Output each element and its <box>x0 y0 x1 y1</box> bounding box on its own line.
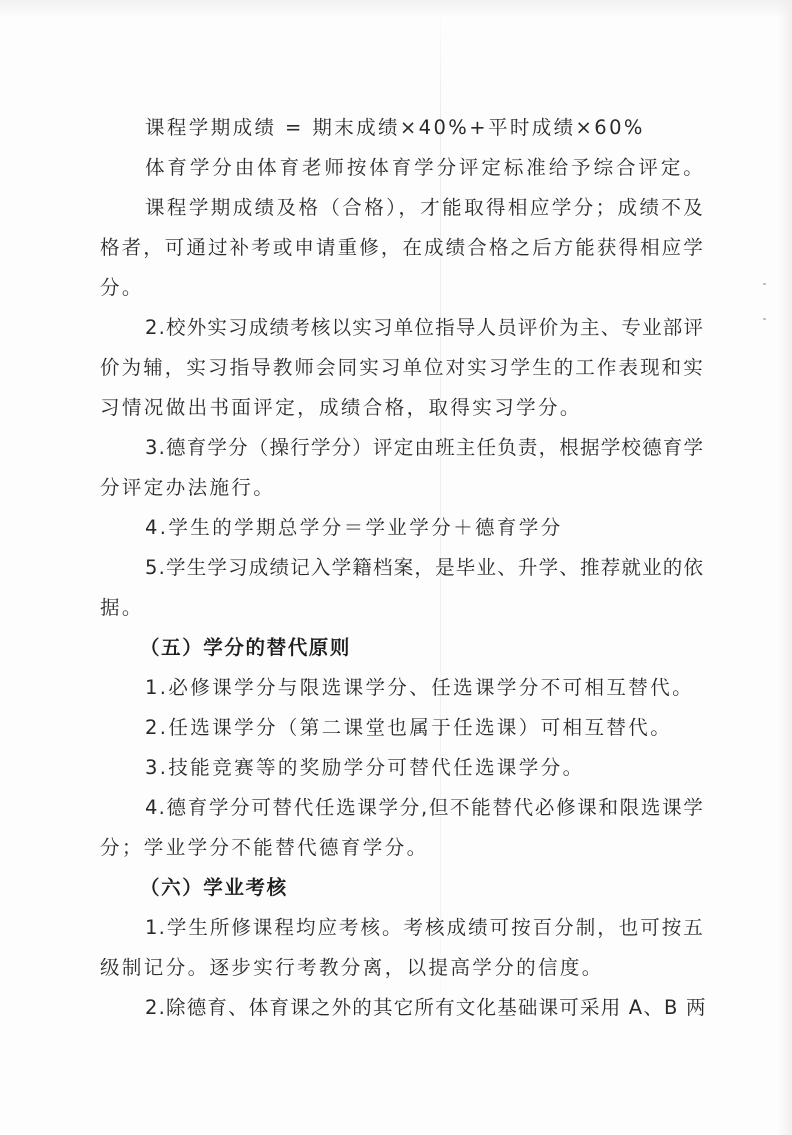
text-line: 3.德育学分（操行学分）评定由班主任负责，根据学校德育学 <box>145 428 704 468</box>
section-heading-5: （五）学分的替代原则 <box>140 628 351 668</box>
scan-speck <box>763 283 766 285</box>
text-line: 3.技能竞赛等的奖励学分可替代任选课学分。 <box>145 748 585 788</box>
text-line: 2.校外实习成绩考核以实习单位指导人员评价为主、专业部评 <box>145 308 704 348</box>
text-line: 分；学业学分不能替代德育学分。 <box>100 828 429 868</box>
text-line: 1.学生所修课程均应考核。考核成绩可按百分制，也可按五 <box>145 908 704 948</box>
scan-speck <box>763 318 766 320</box>
text-line: 据。 <box>100 588 144 628</box>
section-heading-6: （六）学业考核 <box>140 868 288 908</box>
text-line: 2.任选课学分（第二课堂也属于任选课）可相互替代。 <box>145 708 672 748</box>
scan-top-shadow <box>0 0 792 18</box>
text-line: 5.学生学习成绩记入学籍档案，是毕业、升学、推荐就业的依 <box>145 548 704 588</box>
text-line: 4.德育学分可替代任选课学分,但不能替代必修课和限选课学 <box>145 788 704 828</box>
text-line: 格者，可通过补考或申请重修，在成绩合格之后方能获得相应学 <box>100 228 704 268</box>
text-line: 2.除德育、体育课之外的其它所有文化基础课可采用 A、B 两 <box>145 988 704 1028</box>
document-page: 课程学期成绩 = 期末成绩×40%+平时成绩×60% 体育学分由体育老师按体育学… <box>0 0 792 1135</box>
text-line: 课程学期成绩 = 期末成绩×40%+平时成绩×60% <box>145 108 645 148</box>
scan-right-edge <box>778 0 792 1135</box>
text-line: 课程学期成绩及格（合格），才能取得相应学分；成绩不及 <box>145 188 704 228</box>
text-line: 价为辅，实习指导教师会同实习单位对实习学生的工作表现和实 <box>100 348 704 388</box>
text-line: 分。 <box>100 268 144 308</box>
text-line: 级制记分。逐步实行考教分离，以提高学分的信度。 <box>100 948 604 988</box>
text-line: 1.必修课学分与限选课学分、任选课学分不可相互替代。 <box>145 668 694 708</box>
text-line: 习情况做出书面评定，成绩合格，取得实习学分。 <box>100 388 582 428</box>
text-line: 体育学分由体育老师按体育学分评定标准给予综合评定。 <box>145 148 704 188</box>
text-line: 4.学生的学期总学分＝学业学分＋德育学分 <box>145 508 563 548</box>
text-line: 分评定办法施行。 <box>100 468 275 508</box>
